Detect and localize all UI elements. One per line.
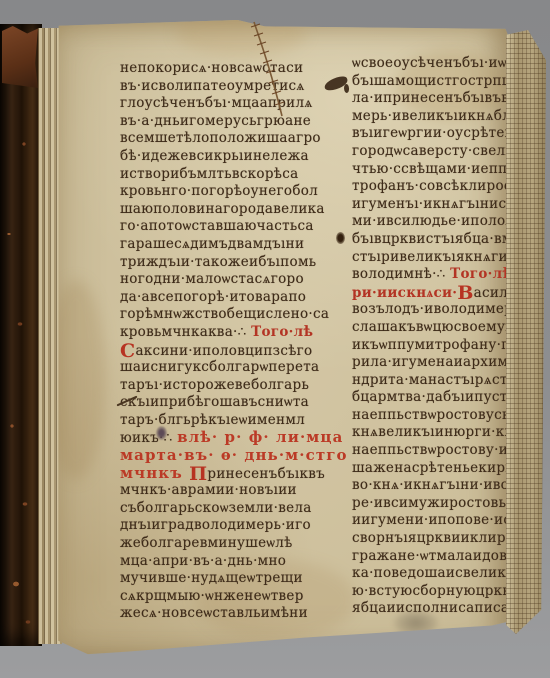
manuscript-text: аксини·иполовципзсѣго — [135, 343, 312, 359]
manuscript-text-line: шаюполовинагородавелика — [120, 201, 348, 219]
manuscript-text-line: таръı·исторожевеболгарь — [120, 377, 348, 395]
manuscript-text: ябцаиисполнисаписано — [352, 600, 527, 616]
manuscript-text-line: да·авсепогорѣ·итоварапо — [120, 289, 348, 307]
rubric-text: марта·въ· ѳ· днь·м·стго — [120, 446, 348, 464]
manuscript-text-line: жеболгаревминушеѡлѣ — [120, 535, 348, 553]
manuscript-text: триждъıи·такожеибъıпомь — [120, 254, 316, 270]
manuscript-text: ндрита·манастъıрѧстъıя — [352, 372, 530, 388]
manuscript-text-line: таръ·блгьрѣкъıеѡименмл — [120, 412, 348, 430]
manuscript-text: юикъ·∴ — [120, 430, 177, 446]
rubric-text: мчнкъ — [120, 464, 189, 482]
manuscript-text: бѣ·идежевсикрьıинележа — [120, 148, 309, 164]
manuscript-text-line: кровьнго·погорѣоунегобол — [120, 183, 348, 201]
manuscript-text: гарашесѧдимъдвамдъıни — [120, 236, 304, 252]
manuscript-text-line: мца·апри·въ·а·днь·мно — [120, 553, 348, 571]
rubric-text: ри·иискнѧси· — [352, 285, 457, 301]
manuscript-text: кровьнго·погорѣоунегобол — [120, 183, 318, 199]
ink-smudge — [394, 610, 438, 636]
manuscript-text-line: горѣмнѡжствобещислено·са — [120, 306, 348, 324]
manuscript-text: шаженасрѣтеньекирило — [352, 460, 532, 476]
manuscript-text-line: ногодни·малоѡстасѧгоро — [120, 271, 348, 289]
manuscript-text: ринесенъбъıквъ — [207, 466, 325, 482]
manuscript-text: съболгарьскоѡземли·вела — [120, 500, 312, 516]
manuscript-text-line: мучивше·нудѧщеѡтрещи — [120, 570, 348, 588]
manuscript-text: истворибъмлтьвскорѣса — [120, 166, 298, 182]
manuscript-text: ногодни·малоѡстасѧгоро — [120, 271, 304, 287]
manuscript-text: шаиснигуксболгарѡперета — [120, 359, 319, 375]
manuscript-text-line: триждъıи·такожеибъıпомь — [120, 254, 348, 272]
manuscript-text: шаюполовинагородавелика — [120, 201, 325, 217]
manuscript-text: мучивше·нудѧщеѡтрещи — [120, 570, 303, 586]
fore-edge-page-stack — [506, 30, 546, 634]
manuscript-text: володимнѣ·∴ — [352, 266, 450, 282]
book-binding-spine — [0, 24, 42, 646]
manuscript-text-line: Саксини·иполовципзсѣго — [120, 342, 348, 360]
manuscript-text: таръ·блгьрѣкъıеѡименмл — [120, 412, 305, 428]
torn-leather-corner — [2, 26, 38, 88]
manuscript-text: горѣмнѡжствобещислено·са — [120, 306, 329, 322]
rubric-text: Того·лѣ — [251, 324, 313, 340]
manuscript-text: всемшетѣлоположишаагро — [120, 130, 321, 146]
manuscript-text-line: бѣ·идежевсикрьıинележа — [120, 148, 348, 166]
left-text-column: непокорисѧ·новсаѡстасивъ·исволипатеоумре… — [120, 60, 348, 623]
manuscript-text-line: марта·въ· ѳ· днь·м·стго — [120, 447, 348, 465]
manuscript-text-line: съболгарьскоѡземли·вела — [120, 500, 348, 518]
manuscript-text-line: сѧкрщмыю·ѡнженеѡтвер — [120, 588, 348, 606]
manuscript-text: рила·игуменаиархима — [352, 354, 517, 370]
ink-dot — [336, 232, 345, 244]
manuscript-text: да·авсепогорѣ·итоварапо — [120, 289, 306, 305]
leather-speckles — [0, 24, 42, 646]
manuscript-text-line: кровьмчнкаква·∴ Того·лѣ — [120, 324, 348, 342]
manuscript-text-line: днъıиградволодимерь·иго — [120, 517, 348, 535]
manuscript-text-line: всемшетѣлоположишаагро — [120, 130, 348, 148]
manuscript-text-line: го·апотоѡставшаючастьса — [120, 218, 348, 236]
manuscript-text-line: мчнкъ·аврамии·новъıии — [120, 482, 348, 500]
manuscript-text-line: шаиснигуксболгарѡперета — [120, 359, 348, 377]
manuscript-text: жесѧ·новсеѡставльимѣни — [120, 605, 308, 621]
manuscript-text-line: скъıиприбѣгошавъсниѡта — [120, 394, 348, 412]
manuscript-text: жеболгаревминушеѡлѣ — [120, 535, 293, 551]
manuscript-photo: непокорисѧ·новсаѡстасивъ·исволипатеоумре… — [0, 0, 550, 678]
manuscript-text-line: гарашесѧдимъдвамдъıни — [120, 236, 348, 254]
manuscript-text-line: истворибъмлтьвскорѣса — [120, 166, 348, 184]
manuscript-text: мца·апри·въ·а·днь·мно — [120, 553, 286, 569]
stitched-tear-repair — [218, 18, 308, 128]
rubric-text: влѣ· р· ф· ли·мца — [177, 428, 343, 446]
manuscript-text: скъıиприбѣгошавъсниѡта — [120, 394, 309, 410]
manuscript-text-line: юикъ·∴ влѣ· р· ф· ли·мца — [120, 429, 348, 447]
manuscript-text: го·апотоѡставшаючастьса — [120, 218, 314, 234]
manuscript-text: таръı·исторожевеболгарь — [120, 377, 309, 393]
manuscript-text-line: мчнкъ Принесенъбъıквъ — [120, 465, 348, 483]
manuscript-text: сѧкрщмыю·ѡнженеѡтвер — [120, 588, 304, 604]
stain-mark — [156, 426, 167, 440]
manuscript-text: мчнкъ·аврамии·новъıии — [120, 482, 297, 498]
manuscript-text-line: жесѧ·новсеѡставльимѣни — [120, 605, 348, 623]
manuscript-text: кровьмчнкаква·∴ — [120, 324, 251, 340]
manuscript-text: днъıиградволодимерь·иго — [120, 517, 311, 533]
